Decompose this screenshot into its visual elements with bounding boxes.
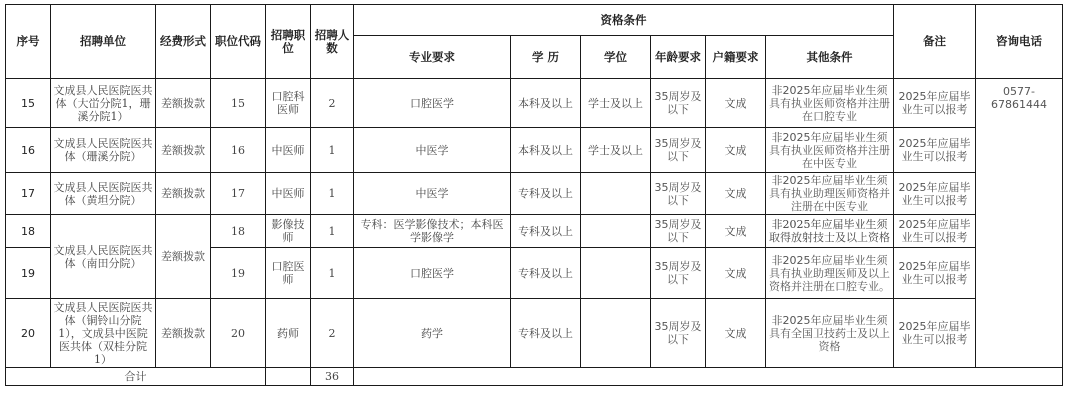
total-label: 合计	[6, 368, 266, 386]
row-position: 中医师	[266, 173, 311, 215]
row-other: 非2025年应届毕业生须具有执业医师资格并注册在中医专业	[766, 128, 894, 173]
row-remarks: 2025年应届毕业生可以报考	[894, 248, 976, 299]
row-education: 专科及以上	[511, 173, 581, 215]
header-unit: 招聘单位	[51, 5, 156, 79]
row-remarks: 2025年应届毕业生可以报考	[894, 128, 976, 173]
row-age: 35周岁及以下	[651, 248, 706, 299]
row-education: 本科及以上	[511, 128, 581, 173]
phone-number: 0577-67861444	[976, 79, 1063, 368]
table-row: 20 文成县人民医院医共体（铜铃山分院1），文成县中医院医共体（双桂分院1） 差…	[6, 299, 1063, 368]
row-degree	[581, 248, 651, 299]
row-code: 16	[211, 128, 266, 173]
header-remarks: 备注	[894, 5, 976, 79]
row-unit: 文成县人民医院医共体（南田分院）	[51, 215, 156, 299]
header-phone: 咨询电话	[976, 5, 1063, 79]
row-age: 35周岁及以下	[651, 173, 706, 215]
row-degree: 学士及以上	[581, 128, 651, 173]
header-degree: 学位	[581, 36, 651, 79]
row-count: 2	[311, 79, 354, 128]
total-remainder-empty	[354, 368, 1063, 386]
header-household: 户籍要求	[706, 36, 766, 79]
row-code: 20	[211, 299, 266, 368]
row-remarks: 2025年应届毕业生可以报考	[894, 173, 976, 215]
row-major: 口腔医学	[354, 79, 511, 128]
row-education: 专科及以上	[511, 248, 581, 299]
row-funding: 差额拨款	[156, 299, 211, 368]
row-household: 文成	[706, 79, 766, 128]
row-education: 专科及以上	[511, 299, 581, 368]
row-other: 非2025年应届毕业生须具有全国卫技药士及以上资格	[766, 299, 894, 368]
row-position: 口腔科医师	[266, 79, 311, 128]
table-row: 15 文成县人民医院医共体（大峃分院1，珊溪分院1） 差额拨款 15 口腔科医师…	[6, 79, 1063, 128]
row-education: 本科及以上	[511, 79, 581, 128]
recruitment-table: 序号 招聘单位 经费形式 职位代码 招聘职位 招聘人数 资格条件 备注 咨询电话…	[5, 4, 1063, 386]
header-age: 年龄要求	[651, 36, 706, 79]
header-education: 学 历	[511, 36, 581, 79]
row-count: 2	[311, 299, 354, 368]
header-position: 招聘职位	[266, 5, 311, 79]
table-row: 18 文成县人民医院医共体（南田分院） 差额拨款 18 影像技师 1 专科：医学…	[6, 215, 1063, 248]
row-code: 15	[211, 79, 266, 128]
row-household: 文成	[706, 299, 766, 368]
row-other: 非2025年应届毕业生须具有执业助理医师及以上资格并注册在口腔专业。	[766, 248, 894, 299]
row-household: 文成	[706, 173, 766, 215]
row-index: 15	[6, 79, 51, 128]
row-household: 文成	[706, 248, 766, 299]
row-household: 文成	[706, 215, 766, 248]
row-funding: 差额拨款	[156, 128, 211, 173]
row-degree	[581, 299, 651, 368]
row-unit: 文成县人民医院医共体（大峃分院1，珊溪分院1）	[51, 79, 156, 128]
row-major: 中医学	[354, 128, 511, 173]
header-count: 招聘人数	[311, 5, 354, 79]
row-other: 非2025年应届毕业生须具有执业助理医师资格并注册在中医专业	[766, 173, 894, 215]
row-age: 35周岁及以下	[651, 128, 706, 173]
header-code: 职位代码	[211, 5, 266, 79]
row-index: 18	[6, 215, 51, 248]
header-other: 其他条件	[766, 36, 894, 79]
row-major: 专科：医学影像技术；本科医学影像学	[354, 215, 511, 248]
header-funding: 经费形式	[156, 5, 211, 79]
total-position-empty	[266, 368, 311, 386]
row-education: 专科及以上	[511, 215, 581, 248]
row-remarks: 2025年应届毕业生可以报考	[894, 215, 976, 248]
row-count: 1	[311, 215, 354, 248]
row-count: 1	[311, 173, 354, 215]
row-unit: 文成县人民医院医共体（珊溪分院）	[51, 128, 156, 173]
header-major: 专业要求	[354, 36, 511, 79]
row-code: 17	[211, 173, 266, 215]
row-other: 非2025年应届毕业生须取得放射技士及以上资格	[766, 215, 894, 248]
row-count: 1	[311, 128, 354, 173]
row-position: 口腔医师	[266, 248, 311, 299]
row-position: 药师	[266, 299, 311, 368]
row-age: 35周岁及以下	[651, 215, 706, 248]
row-unit: 文成县人民医院医共体（铜铃山分院1），文成县中医院医共体（双桂分院1）	[51, 299, 156, 368]
row-code: 19	[211, 248, 266, 299]
row-major: 药学	[354, 299, 511, 368]
row-index: 17	[6, 173, 51, 215]
row-degree: 学士及以上	[581, 79, 651, 128]
header-index: 序号	[6, 5, 51, 79]
row-degree	[581, 215, 651, 248]
header-qualifications: 资格条件	[354, 5, 894, 36]
total-count: 36	[311, 368, 354, 386]
row-funding: 差额拨款	[156, 173, 211, 215]
row-position: 中医师	[266, 128, 311, 173]
table-row: 17 文成县人民医院医共体（黄坦分院） 差额拨款 17 中医师 1 中医学 专科…	[6, 173, 1063, 215]
row-remarks: 2025年应届毕业生可以报考	[894, 79, 976, 128]
row-index: 16	[6, 128, 51, 173]
row-index: 20	[6, 299, 51, 368]
row-funding: 差额拨款	[156, 79, 211, 128]
row-code: 18	[211, 215, 266, 248]
row-household: 文成	[706, 128, 766, 173]
table-row: 16 文成县人民医院医共体（珊溪分院） 差额拨款 16 中医师 1 中医学 本科…	[6, 128, 1063, 173]
row-degree	[581, 173, 651, 215]
row-major: 中医学	[354, 173, 511, 215]
row-age: 35周岁及以下	[651, 79, 706, 128]
row-age: 35周岁及以下	[651, 299, 706, 368]
row-other: 非2025年应届毕业生须具有执业医师资格并注册在口腔专业	[766, 79, 894, 128]
total-row: 合计 36	[6, 368, 1063, 386]
row-funding: 差额拨款	[156, 215, 211, 299]
row-remarks: 2025年应届毕业生可以报考	[894, 299, 976, 368]
row-major: 口腔医学	[354, 248, 511, 299]
row-position: 影像技师	[266, 215, 311, 248]
row-count: 1	[311, 248, 354, 299]
row-index: 19	[6, 248, 51, 299]
row-unit: 文成县人民医院医共体（黄坦分院）	[51, 173, 156, 215]
